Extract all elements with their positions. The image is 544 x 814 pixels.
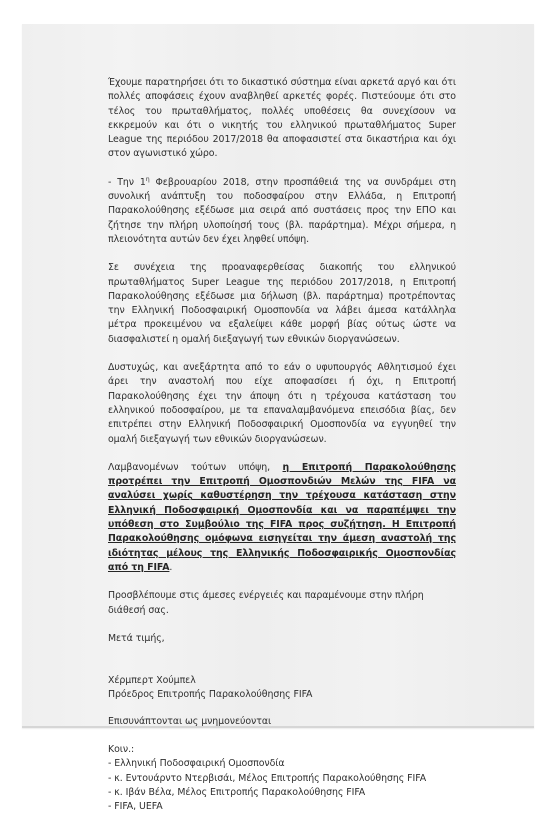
signatory-title: Πρόεδρος Επιτροπής Παρακολούθησης FIFA bbox=[108, 688, 456, 702]
recommendation-emphasis: η Επιτροπή Παρακολούθησης προτρέπει την … bbox=[108, 462, 456, 573]
paragraph-closing-remark: Προσβλέπουμε στις άμεσες ενέργειές και π… bbox=[108, 589, 456, 618]
recommendations-text: Φεβρουαρίου 2018, στην προσπάθειά της να… bbox=[108, 177, 456, 245]
paragraph-current-situation: Δυστυχώς, και ανεξάρτητα από το εάν ο υφ… bbox=[108, 361, 456, 447]
recommendation-intro: Λαμβανομένων τούτων υπόψη, bbox=[108, 462, 283, 473]
scanned-letter-page: Έχουμε παρατηρήσει ότι το δικαστικό σύστ… bbox=[22, 24, 534, 728]
paragraph-recommendation-suspension: Λαμβανομένων τούτων υπόψη, η Επιτροπή Πα… bbox=[108, 461, 456, 575]
paragraph-recommendations: - Την 1η Φεβρουαρίου 2018, στην προσπάθε… bbox=[108, 176, 456, 247]
paragraph-judicial-system: Έχουμε παρατηρήσει ότι το δικαστικό σύστ… bbox=[108, 76, 456, 162]
letter-body: Έχουμε παρατηρήσει ότι το δικαστικό σύστ… bbox=[108, 76, 456, 750]
cc-block: Κοιν.: - Ελληνική Ποδοσφαιρική Ομοσπονδί… bbox=[108, 743, 456, 750]
signatory-name: Χέρμπερτ Χούμπελ bbox=[108, 674, 456, 688]
cc-label: Κοιν.: bbox=[108, 743, 456, 750]
closing-salutation: Μετά τιμής, bbox=[108, 632, 456, 646]
recommendation-end: . bbox=[169, 562, 172, 573]
recommendations-date-prefix: - Την 1 bbox=[108, 177, 146, 188]
attachments-note: Επισυνάπτονται ως μνημονεύονται bbox=[108, 715, 456, 729]
paragraph-statement: Σε συνέχεια της προαναφερθείσας διακοπής… bbox=[108, 261, 456, 347]
signature-block: Χέρμπερτ Χούμπελ Πρόεδρος Επιτροπής Παρα… bbox=[108, 674, 456, 703]
